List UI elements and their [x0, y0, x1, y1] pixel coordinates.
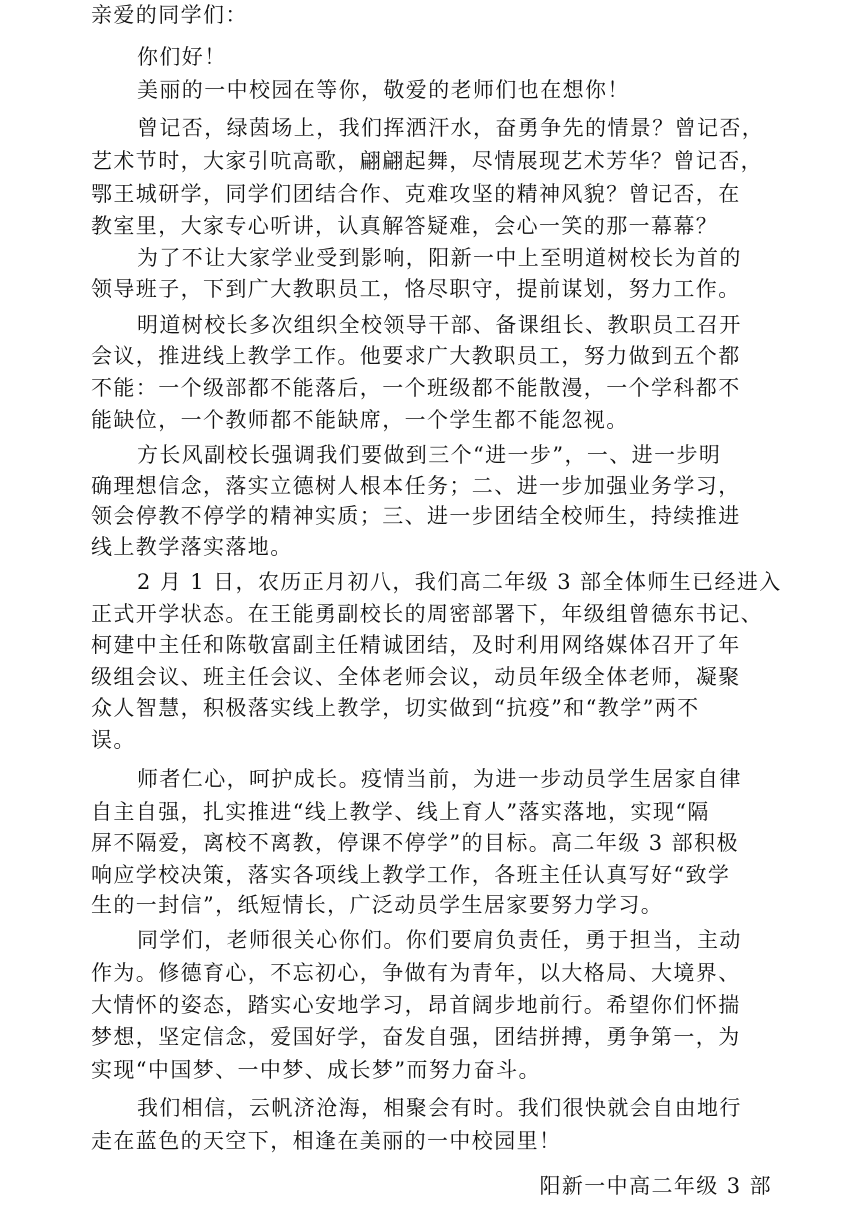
salutation: 亲爱的同学们：: [91, 2, 781, 28]
text-line: 曾记否，绿茵场上，我们挥洒汗水，奋勇争先的情景？曾记否，: [137, 115, 827, 141]
text-line: 响应学校决策，落实各项线上教学工作，各班主任认真写好“致学: [91, 862, 781, 888]
text-line: 实现“中国梦、一中梦、成长梦”而努力奋斗。: [91, 1057, 781, 1083]
text-line: 艺术节时，大家引吭高歌，翩翩起舞，尽情展现艺术芳华？曾记否，: [91, 148, 781, 174]
text-line: 鄂王城研学，同学们团结合作、克难攻坚的精神风貌？曾记否，在: [91, 181, 781, 207]
text-line: 正式开学状态。在王能勇副校长的周密部署下，年级组曾德东书记、: [91, 601, 781, 627]
letter-page: 亲爱的同学们： 你们好！ 美丽的一中校园在等你，敬爱的老师们也在想你！ 曾记否，…: [0, 0, 860, 1215]
text-line: 柯建中主任和陈敬富副主任精诚团结，及时利用网络媒体召开了年: [91, 632, 781, 658]
text-line: 2 月 1 日，农历正月初八，我们高二年级 3 部全体师生已经进入: [137, 569, 827, 595]
text-line: 同学们，老师很关心你们。你们要肩负责任，勇于担当，主动: [137, 927, 827, 953]
text-line: 为了不让大家学业受到影响，阳新一中上至明道树校长为首的: [137, 245, 827, 271]
signature: 阳新一中高二年级 3 部: [539, 1173, 772, 1199]
text-line: 级组会议、班主任会议、全体老师会议，动员年级全体老师，凝聚: [91, 664, 781, 690]
text-line: 领导班子，下到广大教职员工，恪尽职守，提前谋划，努力工作。: [91, 276, 781, 302]
text-line: 能缺位，一个教师都不能缺席，一个学生都不能忽视。: [91, 407, 781, 433]
text-line: 美丽的一中校园在等你，敬爱的老师们也在想你！: [137, 77, 827, 103]
text-line: 领会停教不停学的精神实质；三、进一步团结全校师生，持续推进: [91, 503, 781, 529]
text-line: 师者仁心，呵护成长。疫情当前，为进一步动员学生居家自律: [137, 766, 827, 792]
greeting: 你们好！: [137, 44, 827, 70]
text-line: 误。: [91, 727, 781, 753]
text-line: 走在蓝色的天空下，相逢在美丽的一中校园里！: [91, 1128, 781, 1154]
text-line: 确理想信念，落实立德树人根本任务；二、进一步加强业务学习，: [91, 473, 781, 499]
text-line: 不能：一个级部都不能落后，一个班级都不能散漫，一个学科都不: [91, 375, 781, 401]
text-line: 自主自强，扎实推进“线上教学、线上育人”落实落地，实现“隔: [91, 799, 781, 825]
text-line: 我们相信，云帆济沧海，相聚会有时。我们很快就会自由地行: [137, 1095, 827, 1121]
text-line: 方长风副校长强调我们要做到三个“进一步”，一、进一步明: [137, 442, 827, 468]
text-line: 梦想，坚定信念，爱国好学，奋发自强，团结拼搏，勇争第一，为: [91, 1024, 781, 1050]
text-line: 线上教学落实落地。: [91, 534, 781, 560]
text-line: 众人智慧，积极落实线上教学，切实做到“抗疫”和“教学”两不: [91, 695, 781, 721]
text-line: 会议，推进线上教学工作。他要求广大教职员工，努力做到五个都: [91, 343, 781, 369]
text-line: 作为。修德育心，不忘初心，争做有为青年，以大格局、大境界、: [91, 960, 781, 986]
text-line: 教室里，大家专心听讲，认真解答疑难，会心一笑的那一幕幕？: [91, 213, 781, 239]
text-line: 生的一封信”，纸短情长，广泛动员学生居家要努力学习。: [91, 892, 781, 918]
text-line: 明道树校长多次组织全校领导干部、备课组长、教职员工召开: [137, 312, 827, 338]
text-line: 大情怀的姿态，踏实心安地学习，昂首阔步地前行。希望你们怀揣: [91, 992, 781, 1018]
text-line: 屏不隔爱，离校不离教，停课不停学”的目标。高二年级 3 部积极: [91, 830, 781, 856]
